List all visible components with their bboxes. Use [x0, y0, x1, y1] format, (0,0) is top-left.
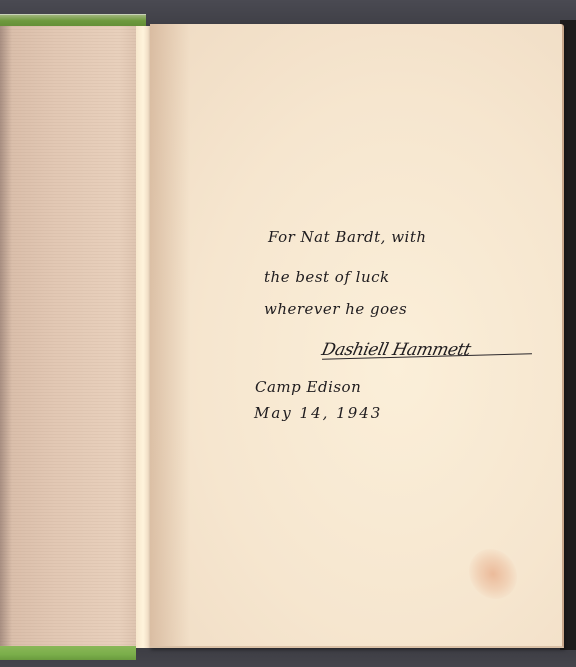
inscription-line-3: wherever he goes	[264, 300, 407, 318]
inscription-place: Camp Edison	[255, 378, 361, 396]
inscription-line-1: For Nat Bardt, with	[268, 228, 427, 246]
inscription-date: May 14, 1943	[254, 404, 382, 422]
page-gutter-shade	[150, 24, 190, 646]
green-cloth-binding-bottom	[0, 646, 136, 660]
endpaper-edge-shade	[0, 26, 12, 648]
inscription-line-2: the best of luck	[264, 268, 390, 286]
front-endpaper	[0, 26, 140, 648]
